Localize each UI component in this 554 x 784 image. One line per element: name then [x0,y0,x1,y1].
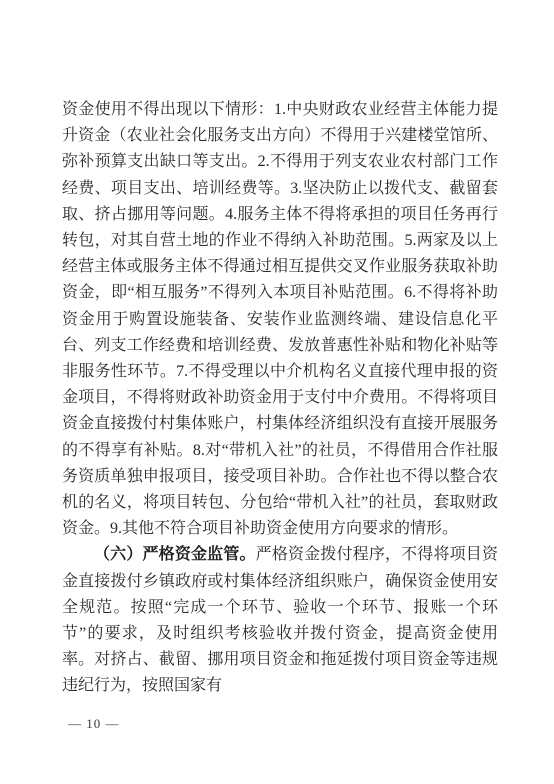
page-number: — 10 — [68,716,120,731]
document-body: 资金使用不得出现以下情形：1.中央财政农业经营主体能力提升资金（农业社会化服务支… [62,97,498,700]
section-heading-bold: （六）严格资金监管。 [94,546,256,563]
paragraph-fund-usage-prohibitions: 资金使用不得出现以下情形：1.中央财政农业经营主体能力提升资金（农业社会化服务支… [62,97,498,542]
document-page: 资金使用不得出现以下情形：1.中央财政农业经营主体能力提升资金（农业社会化服务支… [0,0,554,784]
page-footer: — 10 — [68,716,120,732]
section-body-text: 严格资金拨付程序，不得将项目资金直接拨付乡镇政府或村集体经济组织账户，确保资金使… [62,546,498,694]
paragraph-fund-supervision: （六）严格资金监管。严格资金拨付程序，不得将项目资金直接拨付乡镇政府或村集体经济… [62,542,498,699]
